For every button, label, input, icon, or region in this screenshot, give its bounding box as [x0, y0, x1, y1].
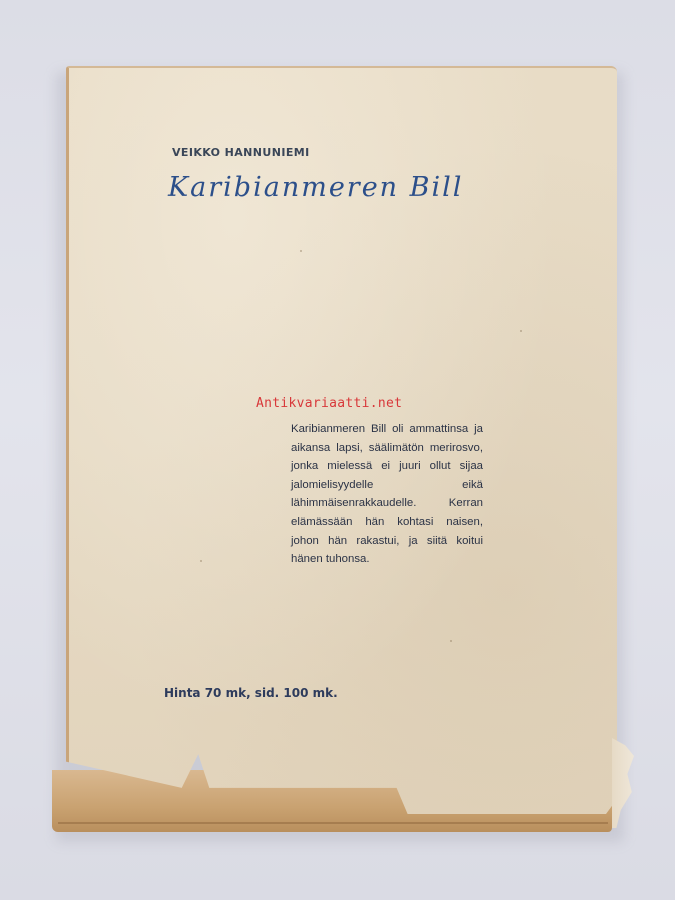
watermark: Antikvariaatti.net — [256, 396, 402, 411]
price-text: Hinta 70 mk, sid. 100 mk. — [164, 686, 338, 700]
author-name: VEIKKO HANNUNIEMI — [172, 146, 310, 159]
paper-speck — [450, 640, 452, 642]
paper-speck — [200, 560, 202, 562]
book-title: Karibianmeren Bill — [168, 172, 463, 203]
blurb-text: Karibianmeren Bill oli ammattinsa ja aik… — [291, 420, 483, 569]
paper-speck — [520, 330, 522, 332]
paper-speck — [300, 250, 302, 252]
